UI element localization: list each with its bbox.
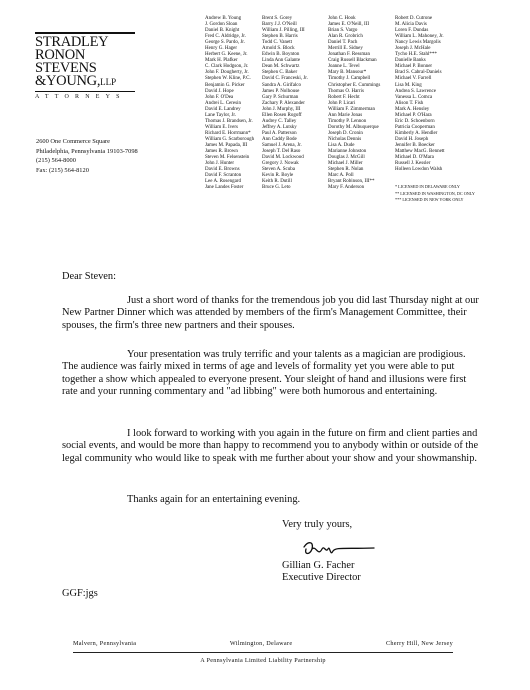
attorney-name: William F. Zimmerman xyxy=(328,107,380,113)
attorney-name: Christopher E. Cummings xyxy=(328,83,380,89)
firm-logo: STRADLEY RONON STEVENS &YOUNG,LLP ATTORN… xyxy=(35,32,135,100)
logo-rule xyxy=(35,91,135,92)
attorney-roster-col4: Robert D. CutroneM. Alicia DavisLoren F.… xyxy=(395,16,445,173)
footer-divider xyxy=(73,652,453,653)
firm-address: 2600 One Commerce Square Philadelphia, P… xyxy=(36,137,138,175)
licensing-footnotes: * LICENSED IN DELAWARE ONLY ** LICENSED … xyxy=(395,184,475,204)
attorney-name: Mary F. Anderson xyxy=(328,185,380,191)
attorney-name: Zachary P. Alexander xyxy=(262,101,308,107)
fax: Fax: (215) 564-8120 xyxy=(36,166,138,176)
signer-title: Executive Director xyxy=(282,572,361,584)
attorney-name: Bruce G. Leto xyxy=(262,185,308,191)
attorney-name: Dorothy M. Albuquerque xyxy=(328,125,380,131)
firm-name-last: &YOUNG, xyxy=(35,73,100,89)
attorney-name: Stephen W. Kline, P.C. xyxy=(205,76,254,82)
firm-suffix: LLP xyxy=(100,77,116,87)
signer-name: Gillian G. Facher xyxy=(282,560,361,572)
attorneys-label: ATTORNEYS xyxy=(35,94,135,100)
body-paragraph-2: Your presentation was truly terrific and… xyxy=(62,349,482,398)
attorney-name: Sandra A. Girifalco xyxy=(262,83,308,89)
salutation: Dear Steven: xyxy=(62,271,482,283)
body-paragraph-1: Just a short word of thanks for the trem… xyxy=(62,295,482,332)
attorney-name: Thomas J. Brandsen, Jr. xyxy=(205,119,254,125)
attorney-roster-col2: Brent S. GoreyBarry J.J. O'NeillWilliam … xyxy=(262,16,308,191)
attorney-roster-col3: John C. HookJames E. O'Neill, IIIBrian S… xyxy=(328,16,380,191)
complimentary-close: Very truly yours, xyxy=(282,519,352,531)
reference-initials: GGF:jgs xyxy=(62,588,98,599)
attorney-name: Holleen Lowdon Walsh xyxy=(395,167,445,173)
office-wilmington: Wilmington, Delaware xyxy=(230,640,292,647)
attorney-name: Ellen Rosen Rogoff xyxy=(262,113,308,119)
attorney-name: Jane Landes Foster xyxy=(205,185,254,191)
body-paragraph-4: Thanks again for an entertaining evening… xyxy=(62,494,482,506)
body-paragraph-3: I look forward to working with you again… xyxy=(62,428,482,465)
phone: (215) 564-8000 xyxy=(36,156,138,166)
attorney-roster-col1: Andrew B. YoungJ. Gordon SloanDaniel B. … xyxy=(205,16,254,191)
firm-name-line: &YOUNG,LLP xyxy=(35,75,135,89)
signer-block: Gillian G. Facher Executive Director xyxy=(282,560,361,585)
footnote: *** LICENSED IN NEW YORK ONLY xyxy=(395,197,475,204)
attorney-name: David C. Franceski, Jr. xyxy=(262,76,308,82)
address-line: 2600 One Commerce Square xyxy=(36,137,138,147)
office-cherry-hill: Cherry Hill, New Jersey xyxy=(386,640,453,647)
partnership-statement: A Pennsylvania Limited Liability Partner… xyxy=(73,657,453,664)
office-malvern: Malvern, Pennsylvania xyxy=(73,640,136,647)
address-line: Philadelphia, Pennsylvania 19103-7098 xyxy=(36,147,138,157)
footer-offices: Malvern, Pennsylvania Wilmington, Delawa… xyxy=(73,640,453,647)
